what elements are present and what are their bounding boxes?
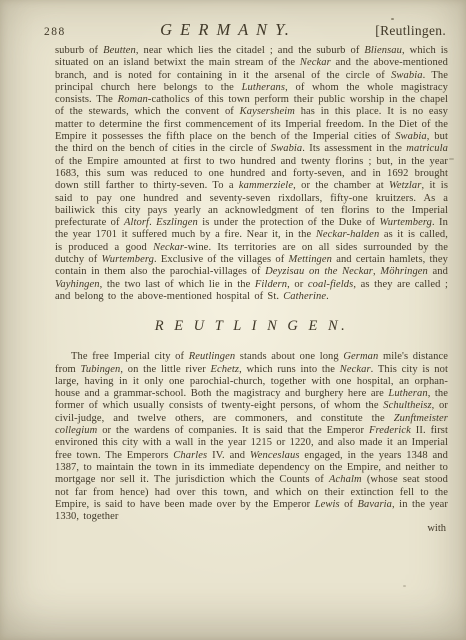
paragraph-reutlingen: The free Imperial city of Reutlingen sta… (55, 351, 448, 523)
section-heading-reutlingen: R E U T L I N G E N. (55, 318, 448, 335)
paragraph-esslingen-continuation: suburb of Beutten, near which lies the c… (55, 45, 448, 303)
running-title: G E R M A N Y. (66, 20, 376, 40)
page-number: 288 (44, 26, 66, 38)
catchword-row: with (55, 523, 448, 535)
book-page-scan: 288 G E R M A N Y. [Reutlingen. suburb o… (0, 0, 466, 640)
catchword: with (427, 523, 446, 534)
text-column: suburb of Beutten, near which lies the c… (55, 45, 448, 536)
page-header: 288 G E R M A N Y. [Reutlingen. (44, 20, 446, 40)
ink-speck (391, 18, 394, 20)
ink-speck (403, 585, 406, 587)
running-head-right: [Reutlingen. (375, 23, 446, 39)
ink-speck (449, 158, 454, 160)
